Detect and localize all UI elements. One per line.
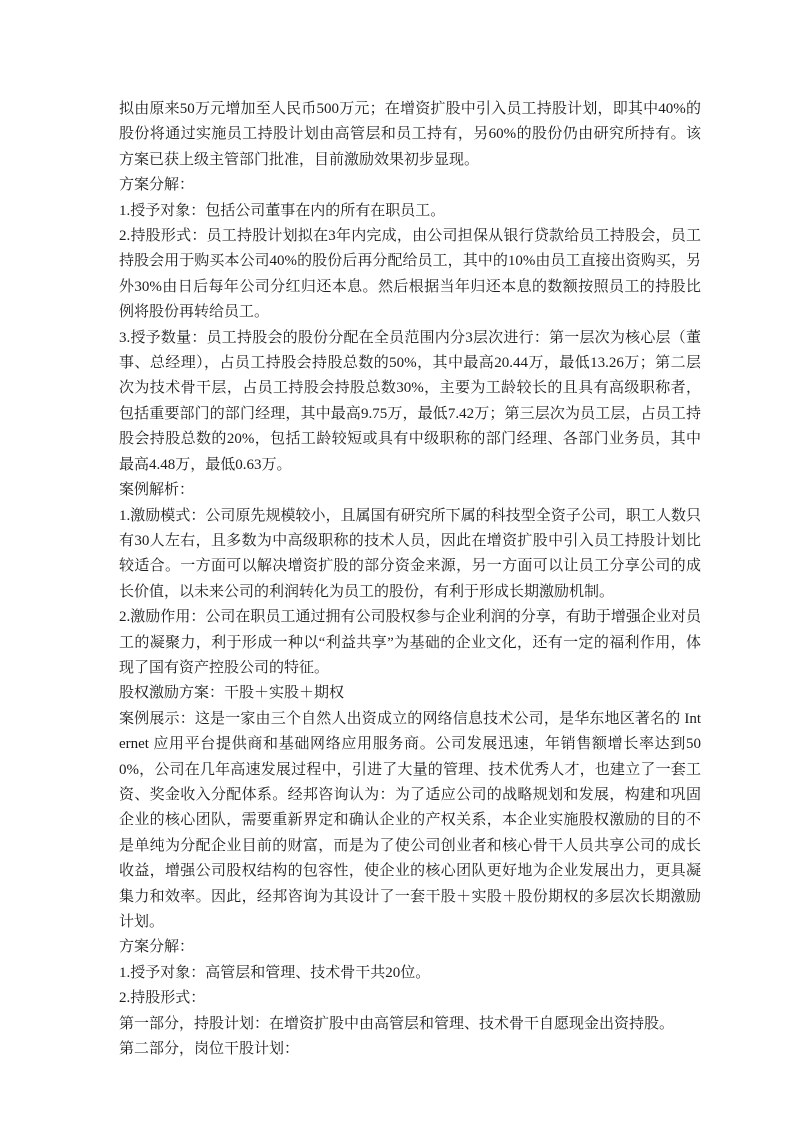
- paragraph: 1.授予对象：高管层和管理、技术骨干共20位。: [119, 961, 701, 986]
- document-page: 拟由原来50万元增加至人民币500万元；在增资扩股中引入员工持股计划，即其中40…: [0, 0, 793, 1122]
- paragraph: 1.授予对象：包括公司董事在内的所有在职员工。: [119, 199, 701, 224]
- paragraph: 案例展示：这是一家由三个自然人出资成立的网络信息技术公司，是华东地区著名的 In…: [119, 707, 701, 936]
- paragraph: 2.持股形式：: [119, 986, 701, 1011]
- paragraph: 1.激励模式：公司原先规模较小，且属国有研究所下属的科技型全资子公司，职工人数只…: [119, 504, 701, 606]
- paragraph: 3.授予数量：员工持股会的股份分配在全员范围内分3层次进行：第一层次为核心层（董…: [119, 326, 701, 478]
- paragraph: 拟由原来50万元增加至人民币500万元；在增资扩股中引入员工持股计划，即其中40…: [119, 97, 701, 173]
- paragraph: 第一部分，持股计划：在增资扩股中由高管层和管理、技术骨干自愿现金出资持股。: [119, 1012, 701, 1037]
- paragraph: 方案分解：: [119, 173, 701, 198]
- paragraph: 股权激励方案：干股＋实股＋期权: [119, 681, 701, 706]
- document-content: 拟由原来50万元增加至人民币500万元；在增资扩股中引入员工持股计划，即其中40…: [119, 97, 701, 1062]
- paragraph: 2.激励作用：公司在职员工通过拥有公司股权参与企业利润的分享，有助于增强企业对员…: [119, 605, 701, 681]
- paragraph: 方案分解：: [119, 935, 701, 960]
- paragraph: 案例解析：: [119, 478, 701, 503]
- paragraph: 第二部分，岗位干股计划：: [119, 1037, 701, 1062]
- paragraph: 2.持股形式：员工持股计划拟在3年内完成，由公司担保从银行贷款给员工持股会，员工…: [119, 224, 701, 326]
